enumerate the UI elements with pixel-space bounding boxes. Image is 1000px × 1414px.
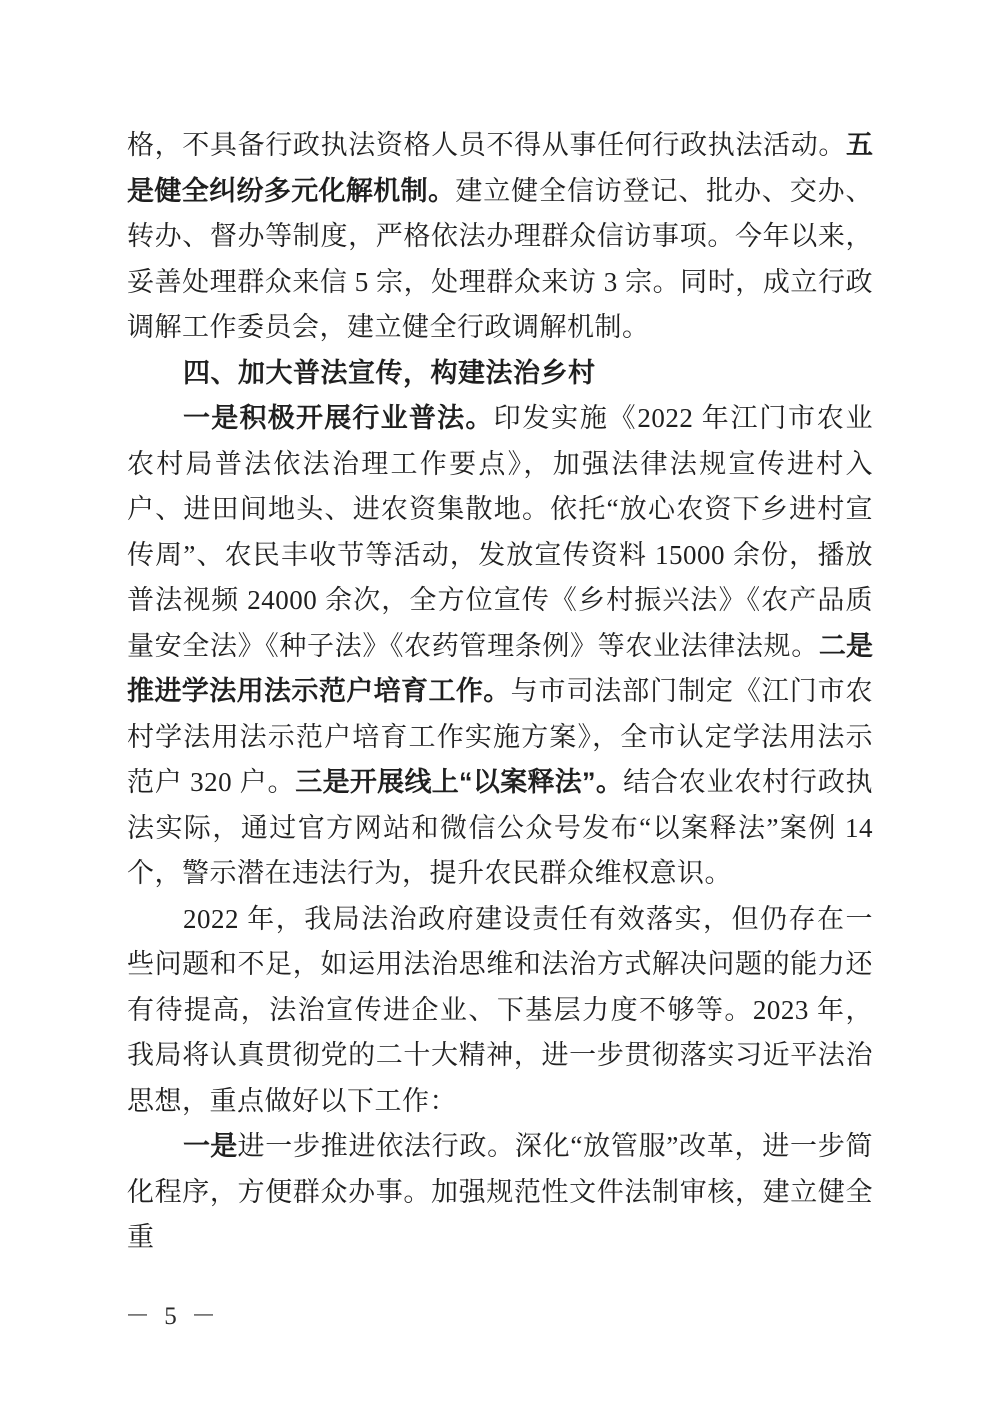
bold-run: 一是积极开展行业普法。 [183, 403, 494, 433]
paragraph-legal-publicity: 一是积极开展行业普法。印发实施《2022 年江门市农业农村局普法依法治理工作要点… [127, 396, 873, 897]
body-text: 进一步推进依法行政。深化“放管服”改革，进一步简化程序，方便群众办事。加强规范性… [127, 1131, 873, 1252]
body-text: 格，不具备行政执法资格人员不得从事任何行政执法活动。 [127, 130, 846, 160]
document-page: 格，不具备行政执法资格人员不得从事任何行政执法活动。五是健全纠纷多元化解机制。建… [0, 0, 1000, 1414]
bold-run: 三是开展线上“以案释法”。 [295, 767, 623, 797]
body-text: 2022 年，我局法治政府建设责任有效落实，但仍存在一些问题和不足，如运用法治思… [127, 904, 873, 1116]
paragraph-plan-item-1: 一是进一步推进依法行政。深化“放管服”改革，进一步简化程序，方便群众办事。加强规… [127, 1124, 873, 1261]
bold-run: 一是 [183, 1131, 237, 1161]
paragraph-summary-2022: 2022 年，我局法治政府建设责任有效落实，但仍存在一些问题和不足，如运用法治思… [127, 897, 873, 1125]
section-heading: 四、加大普法宣传，构建法治乡村 [127, 351, 873, 397]
paragraph-continuation: 格，不具备行政执法资格人员不得从事任何行政执法活动。五是健全纠纷多元化解机制。建… [127, 123, 873, 351]
document-body: 格，不具备行政执法资格人员不得从事任何行政执法活动。五是健全纠纷多元化解机制。建… [127, 123, 873, 1261]
page-number: － 5 － [125, 1296, 220, 1332]
body-text: 印发实施《2022 年江门市农业农村局普法依法治理工作要点》，加强法律法规宣传进… [127, 403, 873, 661]
